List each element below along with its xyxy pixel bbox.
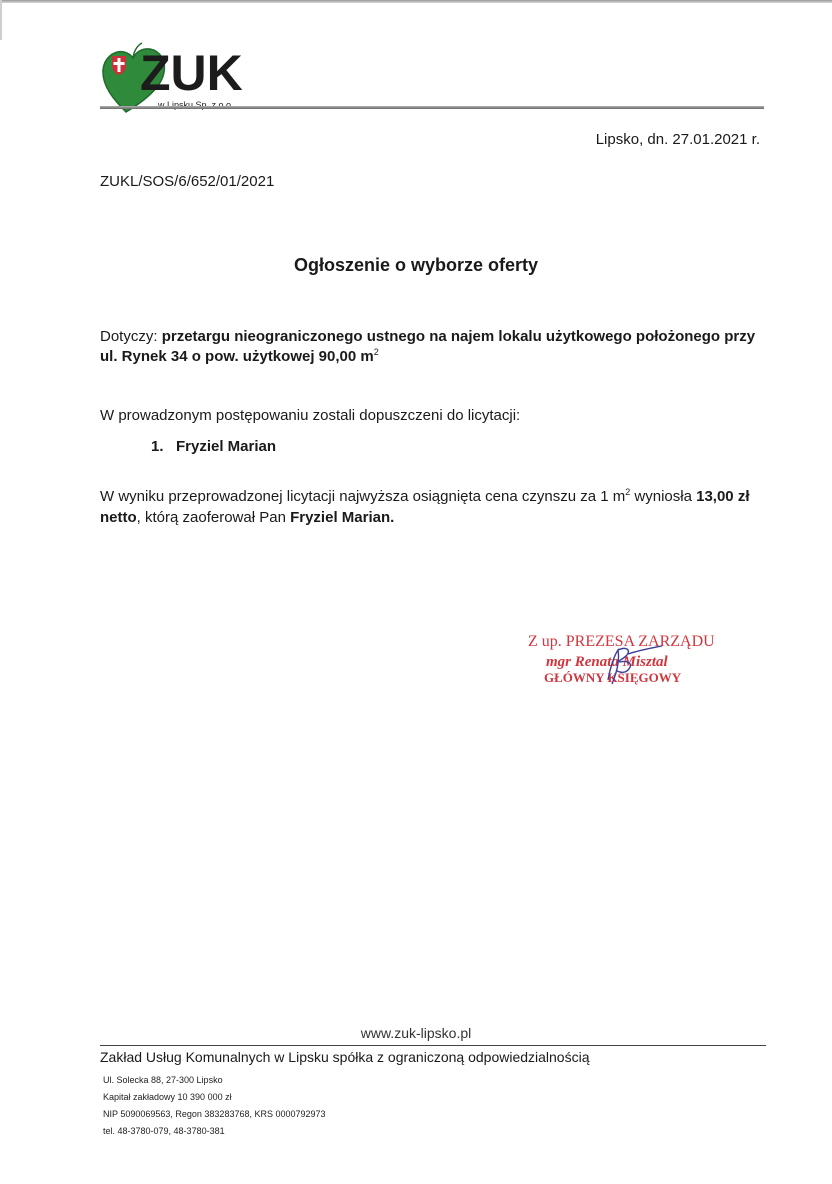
subject-paragraph: Dotyczy: przetargu nieograniczonego ustn… [100,327,770,367]
subject-text: przetargu nieograniczonego ustnego na na… [100,328,755,365]
capital-line: Kapitał zakładowy 10 390 000 zł [103,1089,326,1106]
result-paragraph: W wyniku przeprowadzonej licytacji najwy… [100,486,770,528]
result-text: W wyniku przeprowadzonej licytacji najwy… [100,488,625,505]
scan-edge [0,0,832,3]
document-title: Ogłoszenie o wyborze oferty [0,255,832,276]
reference-number: ZUKL/SOS/6/652/01/2021 [100,173,274,190]
subject-superscript: 2 [374,347,379,357]
handwritten-signature-icon [600,640,670,690]
admitted-intro: W prowadzonym postępowaniu zostali dopus… [100,407,520,424]
company-logo: ZUK w Lipsku Sp. z o.o. [100,42,260,112]
address-line: Ul. Solecka 88, 27-300 Lipsko [103,1072,326,1089]
registry-line: NIP 5090069563, Regon 383283768, KRS 000… [103,1106,326,1123]
header-divider [100,106,764,109]
footer-divider [100,1045,766,1046]
website-link[interactable]: www.zuk-lipsko.pl [0,1025,832,1041]
company-name: Zakład Usług Komunalnych w Lipsku spółka… [100,1049,590,1065]
phone-line: tel. 48-3780-079, 48-3780-381 [103,1123,326,1140]
place-date: Lipsko, dn. 27.01.2021 r. [596,131,760,148]
subject-label: Dotyczy: [100,328,162,345]
bidders-list: 1.Fryziel Marian [151,438,276,455]
logo-text: ZUK [140,48,243,98]
list-item-name: Fryziel Marian [176,438,276,455]
result-text: , którą zaoferował Pan [137,509,290,526]
result-text: wyniosła [630,488,696,505]
scan-edge-left [0,0,2,40]
company-details: Ul. Solecka 88, 27-300 Lipsko Kapitał za… [103,1072,326,1140]
winner-name: Fryziel Marian. [290,509,394,526]
list-item: 1.Fryziel Marian [151,438,276,455]
list-item-number: 1. [151,438,176,455]
